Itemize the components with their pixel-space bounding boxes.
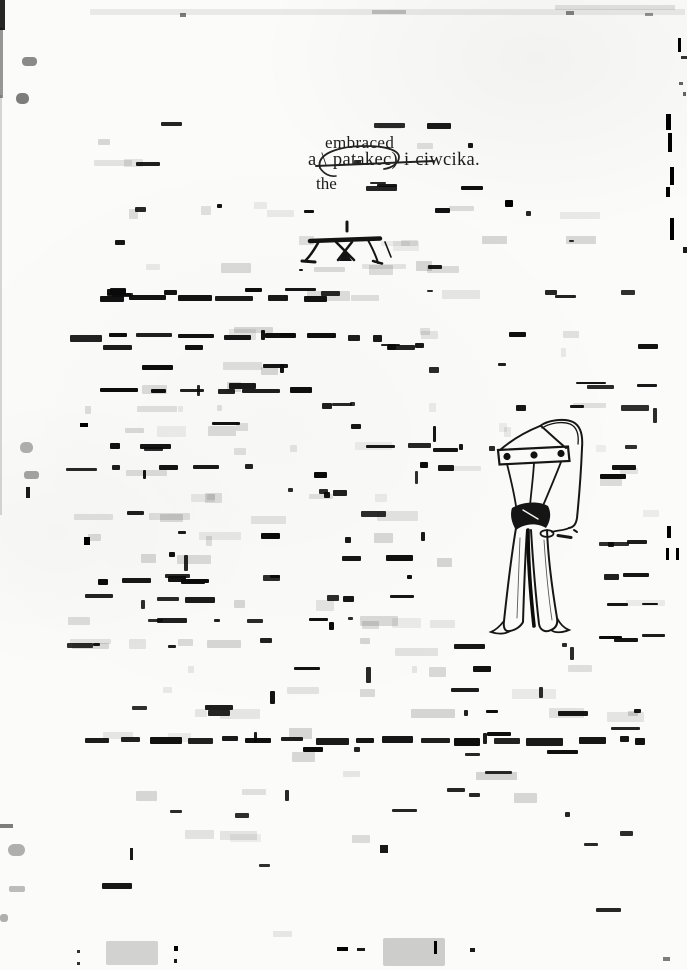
right-margin-bar bbox=[676, 548, 679, 560]
corrected-line: a \patakec)iciwcika. bbox=[308, 150, 480, 171]
right-margin-bar bbox=[666, 187, 670, 197]
pencil-smudge bbox=[0, 824, 13, 828]
grain-patch bbox=[106, 941, 158, 965]
arrow-speck bbox=[505, 200, 513, 207]
right-margin-bar bbox=[666, 548, 669, 560]
top-scan-band bbox=[555, 5, 675, 10]
bottom-speck bbox=[77, 950, 80, 953]
top-speck bbox=[180, 13, 186, 17]
scanned-document-page: embraced a \patakec)iciwcika. the bbox=[0, 0, 687, 970]
right-margin-bar bbox=[681, 56, 687, 59]
right-margin-bar bbox=[678, 38, 681, 52]
left-edge-sliver bbox=[0, 95, 2, 515]
inserted-article: the bbox=[316, 174, 337, 194]
bottom-speck bbox=[357, 948, 365, 951]
correction-mid: i bbox=[404, 150, 409, 170]
left-edge-sliver bbox=[0, 28, 3, 98]
margin-tick bbox=[80, 423, 88, 427]
staple-mark bbox=[22, 57, 37, 66]
margin-tick bbox=[26, 487, 30, 498]
bottom-speck bbox=[337, 947, 348, 951]
correction-tail: ciwcika. bbox=[415, 150, 480, 170]
top-speck bbox=[566, 11, 574, 15]
bottom-speck bbox=[434, 941, 437, 954]
right-margin-bar bbox=[683, 92, 686, 96]
staple-mark bbox=[16, 93, 29, 104]
right-margin-bar bbox=[670, 218, 674, 240]
trestle-sketch-icon bbox=[298, 220, 403, 275]
bottom-speck bbox=[174, 959, 177, 963]
hanging-leggings-sketch-icon bbox=[478, 418, 610, 646]
pencil-smudge bbox=[8, 844, 25, 856]
margin-tick bbox=[380, 845, 388, 853]
pencil-smudge bbox=[0, 914, 8, 922]
right-margin-bar bbox=[670, 167, 674, 185]
correction-prefix: a \ bbox=[308, 150, 327, 170]
right-margin-bar bbox=[667, 526, 671, 538]
pencil-check bbox=[20, 442, 33, 453]
right-margin-bar bbox=[683, 247, 687, 253]
pencil-smudge bbox=[9, 886, 25, 892]
bottom-speck bbox=[174, 946, 178, 951]
margin-tick bbox=[130, 848, 133, 860]
left-edge-sliver bbox=[0, 0, 5, 30]
right-margin-bar bbox=[666, 114, 671, 130]
pencil-check bbox=[24, 471, 39, 479]
top-speck bbox=[645, 13, 653, 16]
margin-tick bbox=[84, 537, 90, 545]
right-margin-bar bbox=[668, 133, 672, 152]
bottom-speck bbox=[663, 957, 670, 961]
bottom-speck bbox=[77, 962, 80, 965]
bottom-speck bbox=[470, 948, 475, 952]
right-margin-bar bbox=[679, 82, 683, 85]
top-speck bbox=[372, 10, 406, 14]
struck-word: patakec) bbox=[333, 150, 398, 170]
